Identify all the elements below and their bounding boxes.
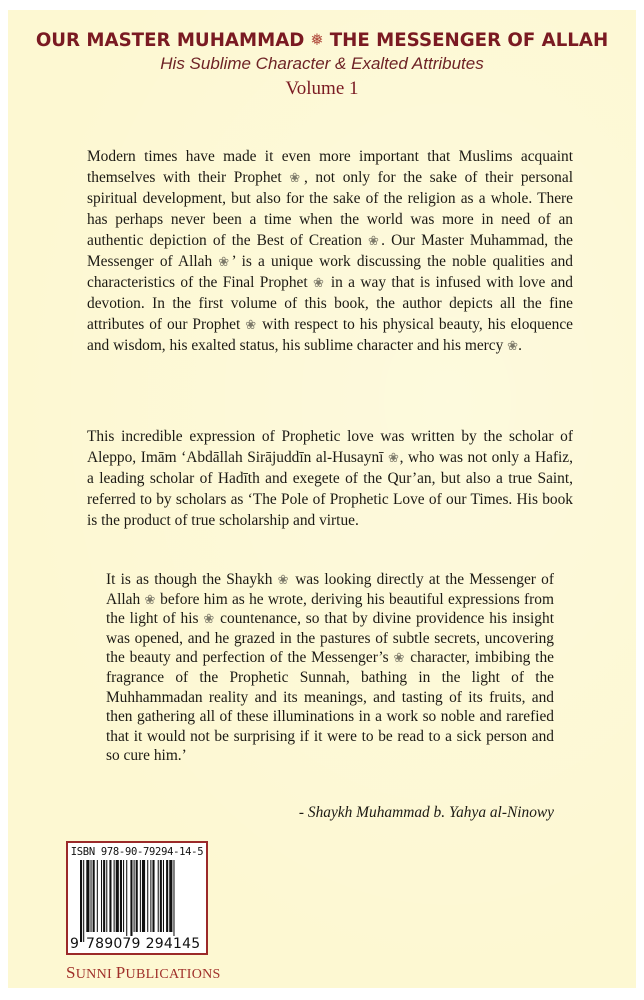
isbn-digits: 9 789079 294145 — [70, 936, 204, 952]
honorific-calligraphy-icon: ❀ — [278, 572, 290, 587]
honorific-calligraphy-icon: ❀ — [145, 592, 156, 607]
quote-attribution: - Shaykh Muhammad b. Yahya al-Ninowy — [106, 804, 554, 822]
volume-label: Volume 1 — [0, 78, 644, 100]
honorific-calligraphy-icon: ❀ — [394, 650, 406, 665]
honorific-calligraphy-icon: ❀ — [289, 170, 304, 185]
honorific-calligraphy-icon: ❀ — [218, 254, 231, 269]
publisher-name: SUNNI PUBLICATIONS — [66, 963, 226, 983]
endorsement-quote: It is as though the Shaykh ❀ was looking… — [106, 570, 554, 766]
blurb-paragraph-1: Modern times have made it even more impo… — [87, 146, 573, 356]
honorific-calligraphy-icon: ❀ — [507, 338, 518, 353]
isbn-digit-lead: 9 — [70, 936, 82, 952]
book-subtitle: His Sublime Character & Exalted Attribut… — [0, 54, 644, 74]
honorific-calligraphy-icon: ❀ — [313, 275, 325, 290]
book-title: OUR MASTER MUHAMMAD❅THE MESSENGER OF ALL… — [0, 30, 644, 51]
isbn-digit-group-1: 789079 — [85, 936, 142, 952]
barcode-bars — [80, 860, 198, 942]
isbn-label: ISBN 978-90-79294-14-5 — [68, 846, 206, 858]
isbn-barcode: ISBN 978-90-79294-14-5 9 789079 294145 — [66, 841, 208, 955]
salawat-calligraphy-icon: ❅ — [310, 30, 323, 49]
blurb-paragraph-2: This incredible expression of Prophetic … — [87, 426, 573, 531]
honorific-calligraphy-icon: ❀ — [245, 317, 257, 332]
honorific-calligraphy-icon: ❀ — [368, 233, 381, 248]
isbn-digit-group-2: 294145 — [145, 936, 202, 952]
honorific-calligraphy-icon: ❀ — [203, 611, 215, 626]
title-right: THE MESSENGER OF ALLAH — [330, 30, 608, 51]
title-left: OUR MASTER MUHAMMAD — [36, 30, 305, 51]
honorific-calligraphy-icon: ❀ — [388, 450, 400, 465]
